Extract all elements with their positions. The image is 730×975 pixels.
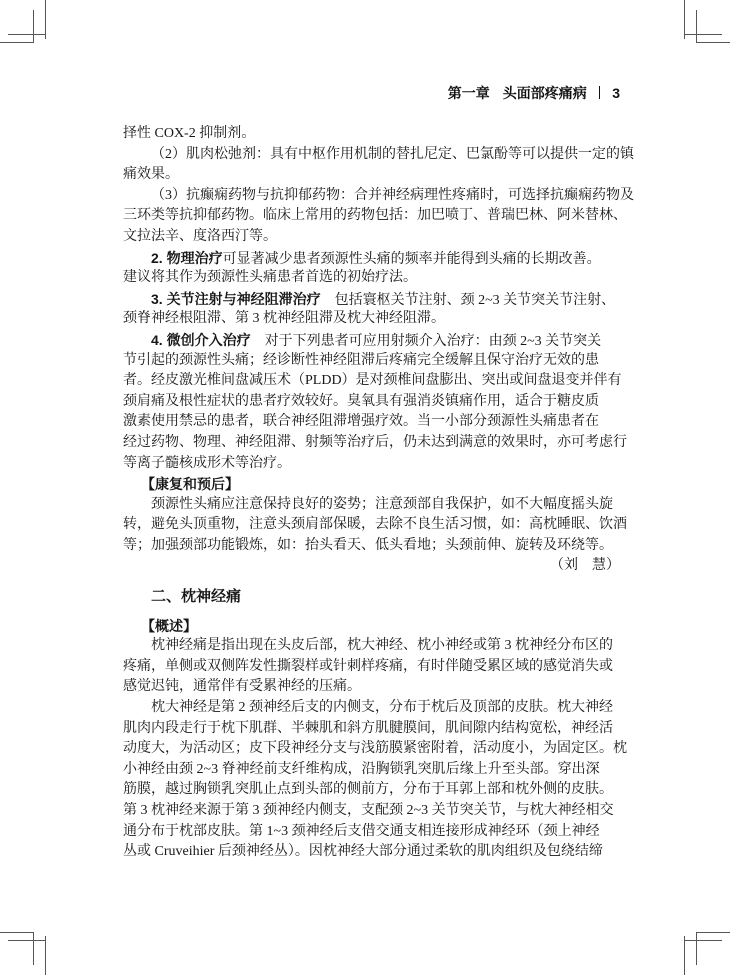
text-run: （2）肌肉松弛剂：具有中枢作用机制的替扎尼定、巴氯酚等可以提供一定的镇 [151, 147, 634, 162]
text-line: 痛效果。 [123, 165, 620, 186]
text-line: 颈源性头痛应注意保持良好的姿势；注意颈部自我保护，如不大幅度摇头旋 [123, 495, 620, 516]
crop-mark-bottom-left [33, 932, 34, 965]
text-run: （刘 慧） [550, 558, 620, 573]
crop-mark-top-right [696, 10, 697, 43]
bracket-heading-line: 【康复和预后】 [123, 474, 620, 495]
crop-mark-bottom-right [684, 936, 685, 975]
text-line: （2）肌肉松弛剂：具有中枢作用机制的替扎尼定、巴氯酚等可以提供一定的镇 [123, 145, 620, 166]
text-line: （3）抗癫痫药物与抗抑郁药物：合并神经病理性疼痛时，可选择抗癫痫药物及 [123, 186, 620, 207]
body-text: 择性 COX-2 抑制剂。（2）肌肉松弛剂：具有中枢作用机制的替扎尼定、巴氯酚等… [123, 124, 620, 863]
text-line: 等离子髓核成形术等治疗。 [123, 454, 620, 475]
text-line: 颈脊神经根阻滞、第 3 枕神经阻滞及枕大神经阻滞。 [123, 309, 620, 330]
text-run: 感觉迟钝，通常伴有受累神经的压痛。 [123, 679, 361, 694]
crop-mark-bottom-left [0, 932, 33, 933]
text-run: 节引起的颈源性头痛；经诊断性神经阻滞后疼痛完全缓解且保守治疗无效的患 [123, 353, 599, 368]
text-run: 肌肉内段走行于枕下肌群、半棘肌和斜方肌腱膜间，肌间隙内结构宽松，神经活 [123, 721, 613, 736]
text-run: 对于下列患者可应用射频介入治疗：由颈 2~3 关节突关 [251, 334, 602, 349]
crop-mark-top-left [8, 34, 46, 35]
bold-run: 二、枕神经痛 [151, 588, 241, 605]
text-line: 建议将其作为颈源性头痛患者首选的初始疗法。 [123, 268, 620, 289]
chapter-label: 第一章 [448, 83, 490, 103]
text-line: 枕大神经是第 2 颈神经后支的内侧支，分布于枕后及顶部的皮肤。枕大神经 [123, 698, 620, 719]
text-run: 通分布于枕部皮肤。第 1~3 颈神经后支借交通支相连接形成神经环（颈上神经 [123, 824, 600, 839]
text-run: 等离子髓核成形术等治疗。 [123, 456, 291, 471]
text-run: 痛效果。 [123, 167, 179, 182]
text-line: 丛或 Cruveihier 后颈神经丛）。因枕神经大部分通过柔软的肌肉组织及包绕… [123, 842, 620, 863]
text-line: 感觉迟钝，通常伴有受累神经的压痛。 [123, 677, 620, 698]
page-number: 3 [612, 85, 620, 101]
text-line: （刘 慧） [123, 556, 620, 577]
bold-run: 2. 物理治疗 [151, 250, 223, 266]
text-run: 激素使用禁忌的患者，联合神经阻滞增强疗效。当一小部分颈源性头痛患者在 [123, 414, 599, 429]
text-line: 小神经由颈 2~3 脊神经前支纤维构成，沿胸锁乳突肌后缘上升至头部。穿出深 [123, 760, 620, 781]
bold-run: 3. 关节注射与神经阻滞治疗 [151, 291, 321, 307]
chapter-title: 头面部疼痛病 [503, 83, 587, 103]
text-line: 转，避免头顶重物，注意头颈肩部保暖，去除不良生活习惯，如：高枕睡眠、饮酒 [123, 515, 620, 536]
text-run: 三环类等抗抑郁药物。临床上常用的药物包括：加巴喷丁、普瑞巴林、阿米替林、 [123, 208, 627, 223]
text-run: 等；加强颈部功能锻炼，如：抬头看天、低头看地；头颈前伸、旋转及环绕等。 [123, 538, 613, 553]
text-line: 筋膜，越过胸锁乳突肌止点到头部的侧前方，分布于耳郭上部和枕外侧的皮肤。 [123, 780, 620, 801]
book-page: 第一章 头面部疼痛病 3 择性 COX-2 抑制剂。（2）肌肉松弛剂：具有中枢作… [0, 0, 730, 975]
crop-mark-top-right [697, 42, 730, 43]
crop-mark-top-left [0, 42, 33, 43]
text-run: 颈肩痛及根性症状的患者疗效较好。臭氧具有强消炎镇痛作用，适合于糖皮质 [123, 394, 599, 409]
text-run: 者。经皮激光椎间盘减压术（PLDD）是对颈椎间盘膨出、突出或间盘退变并伴有 [123, 373, 622, 388]
text-run: 疼痛，单侧或双侧阵发性撕裂样或针刺样疼痛，有时伴随受累区域的感觉消失或 [123, 659, 613, 674]
text-line: 3. 关节注射与神经阻滞治疗 包括寰枢关节注射、颈 2~3 关节突关节注射、 [123, 289, 620, 310]
text-line: 颈肩痛及根性症状的患者疗效较好。臭氧具有强消炎镇痛作用，适合于糖皮质 [123, 392, 620, 413]
text-line: 经过药物、物理、神经阻滞、射频等治疗后，仍未达到满意的效果时，亦可考虑行 [123, 433, 620, 454]
text-run: 丛或 Cruveihier 后颈神经丛）。因枕神经大部分通过柔软的肌肉组织及包绕… [123, 844, 603, 859]
text-run: 筋膜，越过胸锁乳突肌止点到头部的侧前方，分布于耳郭上部和枕外侧的皮肤。 [123, 782, 613, 797]
text-run: 颈源性头痛应注意保持良好的姿势；注意颈部自我保护，如不大幅度摇头旋 [151, 497, 613, 512]
text-line: 4. 微创介入治疗 对于下列患者可应用射频介入治疗：由颈 2~3 关节突关 [123, 330, 620, 351]
crop-mark-top-right [684, 34, 722, 35]
text-line: 文拉法辛、度洛西汀等。 [123, 227, 620, 248]
bold-run: 【康复和预后】 [141, 476, 239, 492]
text-run: 转，避免头顶重物，注意头颈肩部保暖，去除不良生活习惯，如：高枕睡眠、饮酒 [123, 517, 627, 532]
crop-mark-bottom-left [8, 940, 46, 941]
text-line: 择性 COX-2 抑制剂。 [123, 124, 620, 145]
text-run: 可显著减少患者颈源性头痛的频率并能得到头痛的长期改善。 [223, 252, 601, 267]
text-run: 建议将其作为颈源性头痛患者首选的初始疗法。 [123, 270, 417, 285]
text-line: 枕神经痛是指出现在头皮后部，枕大神经、枕小神经或第 3 枕神经分布区的 [123, 636, 620, 657]
crop-mark-bottom-right [696, 932, 697, 965]
bold-run: 【概述】 [141, 618, 197, 634]
text-run: （3）抗癫痫药物与抗抑郁药物：合并神经病理性疼痛时，可选择抗癫痫药物及 [151, 188, 634, 203]
bracket-heading-line: 【概述】 [123, 616, 620, 637]
crop-mark-top-left [33, 10, 34, 43]
text-line: 2. 物理治疗可显著减少患者颈源性头痛的频率并能得到头痛的长期改善。 [123, 248, 620, 269]
text-line: 节引起的颈源性头痛；经诊断性神经阻滞后疼痛完全缓解且保守治疗无效的患 [123, 351, 620, 372]
text-run: 枕大神经是第 2 颈神经后支的内侧支，分布于枕后及顶部的皮肤。枕大神经 [151, 700, 613, 715]
text-run: 第 3 枕神经来源于第 3 颈神经内侧支，支配颈 2~3 关节突关节，与枕大神经… [123, 803, 614, 818]
text-run: 文拉法辛、度洛西汀等。 [123, 229, 277, 244]
text-line: 三环类等抗抑郁药物。临床上常用的药物包括：加巴喷丁、普瑞巴林、阿米替林、 [123, 206, 620, 227]
text-line: 通分布于枕部皮肤。第 1~3 颈神经后支借交通支相连接形成神经环（颈上神经 [123, 822, 620, 843]
text-line: 肌肉内段走行于枕下肌群、半棘肌和斜方肌腱膜间，肌间隙内结构宽松，神经活 [123, 719, 620, 740]
text-line: 第 3 枕神经来源于第 3 颈神经内侧支，支配颈 2~3 关节突关节，与枕大神经… [123, 801, 620, 822]
crop-mark-bottom-right [697, 932, 730, 933]
crop-mark-bottom-right [684, 940, 722, 941]
section-heading-line: 二、枕神经痛 [123, 587, 620, 608]
text-run: 动度大，为活动区；皮下段神经分支与浅筋膜紧密附着，活动度小，为固定区。枕 [123, 741, 627, 756]
text-line: 等；加强颈部功能锻炼，如：抬头看天、低头看地；头颈前伸、旋转及环绕等。 [123, 536, 620, 557]
header-divider [599, 86, 601, 99]
text-run: 择性 COX-2 抑制剂。 [123, 126, 255, 141]
text-run: 小神经由颈 2~3 脊神经前支纤维构成，沿胸锁乳突肌后缘上升至头部。穿出深 [123, 762, 600, 777]
text-run: 经过药物、物理、神经阻滞、射频等治疗后，仍未达到满意的效果时，亦可考虑行 [123, 435, 627, 450]
text-line: 动度大，为活动区；皮下段神经分支与浅筋膜紧密附着，活动度小，为固定区。枕 [123, 739, 620, 760]
crop-mark-bottom-left [45, 936, 46, 975]
bold-run: 4. 微创介入治疗 [151, 332, 251, 348]
text-line: 激素使用禁忌的患者，联合神经阻滞增强疗效。当一小部分颈源性头痛患者在 [123, 412, 620, 433]
text-line: 疼痛，单侧或双侧阵发性撕裂样或针刺样疼痛，有时伴随受累区域的感觉消失或 [123, 657, 620, 678]
page-header: 第一章 头面部疼痛病 3 [123, 84, 620, 101]
text-line: 者。经皮激光椎间盘减压术（PLDD）是对颈椎间盘膨出、突出或间盘退变并伴有 [123, 371, 620, 392]
text-run: 颈脊神经根阻滞、第 3 枕神经阻滞及枕大神经阻滞。 [123, 311, 445, 326]
text-run: 枕神经痛是指出现在头皮后部，枕大神经、枕小神经或第 3 枕神经分布区的 [151, 638, 613, 653]
text-run: 包括寰枢关节注射、颈 2~3 关节突关节注射、 [321, 293, 616, 308]
